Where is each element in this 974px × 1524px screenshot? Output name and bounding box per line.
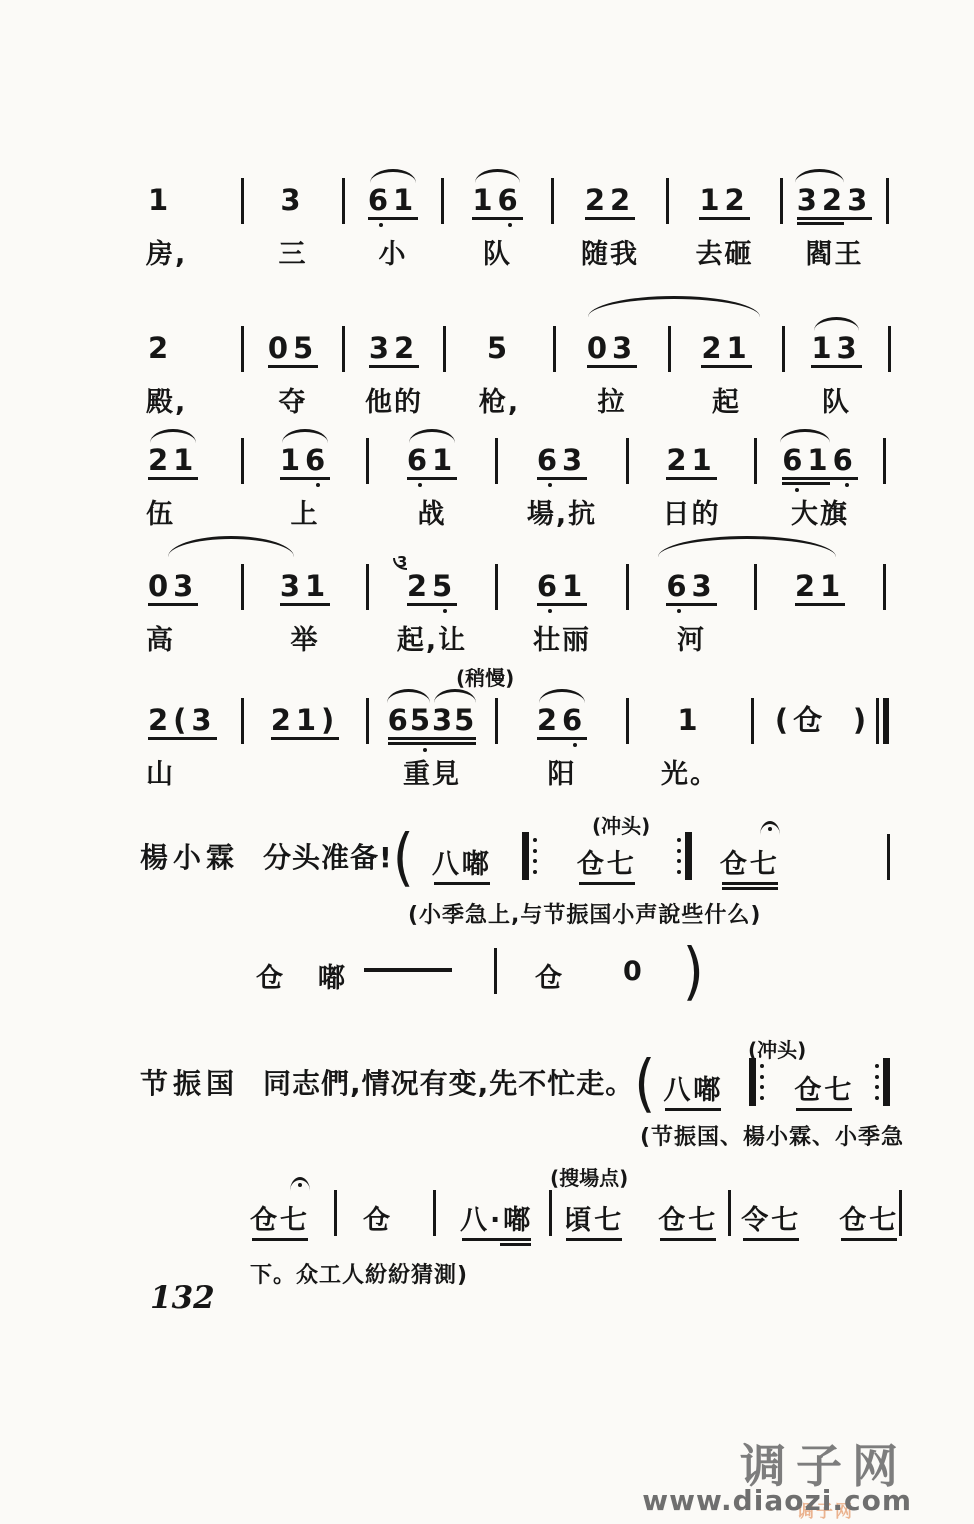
phrase-slur xyxy=(658,536,836,557)
lyric: 拉 xyxy=(598,380,627,419)
extension-dash xyxy=(364,968,452,972)
stage-direction: (小季急上,与节振国小声說些什么) xyxy=(408,898,761,929)
lyric: 三 xyxy=(279,232,308,271)
notes: 5 xyxy=(487,332,512,364)
note-group: 61 xyxy=(535,570,589,602)
percussion-group: 八嘟 xyxy=(432,842,492,881)
notes: 616 xyxy=(782,444,858,476)
note-group: 616 xyxy=(780,444,860,476)
lyric: 大旗 xyxy=(791,492,849,531)
lyric: 随我 xyxy=(581,232,639,271)
notes: 21) xyxy=(271,704,340,736)
measure: 616 大旗 xyxy=(757,444,883,531)
measure: 16 上 xyxy=(244,444,366,531)
measure: 61 小 xyxy=(345,184,441,271)
lyric: 日的 xyxy=(663,492,721,531)
notes: 26 xyxy=(537,704,587,736)
slur-arc xyxy=(387,689,430,703)
notes: 16 xyxy=(472,184,522,216)
measure: 12 去砸 xyxy=(669,184,780,271)
lyric: 場,抗 xyxy=(527,492,597,531)
measure: 21 伍 xyxy=(140,444,241,531)
note-group: 16 xyxy=(278,444,332,476)
underline-2 xyxy=(388,742,477,745)
measure: 61 壮丽 xyxy=(498,570,626,657)
notes: 323 xyxy=(797,184,873,216)
speaker-name: 节振国 xyxy=(140,1062,239,1102)
note-group: 21 xyxy=(664,444,718,476)
note-group: 03 xyxy=(146,570,200,602)
percussion-group: 仓七 xyxy=(720,842,780,881)
measure: 22 随我 xyxy=(554,184,666,271)
measure: (仓 xyxy=(754,704,848,736)
note-group: 21) xyxy=(269,704,342,736)
measure: 325 起,让 xyxy=(369,570,495,657)
percussion-group: 仓七 xyxy=(250,1198,310,1237)
note-group: 2 xyxy=(146,332,175,364)
barline xyxy=(888,326,891,372)
notes: 61 xyxy=(368,184,418,216)
percussion-group: 仓 xyxy=(363,1198,393,1237)
note-group: 03 xyxy=(585,332,639,364)
slur-arc xyxy=(780,429,829,443)
notes: 13 xyxy=(811,332,861,364)
close-paren: ) xyxy=(683,947,704,998)
lyric: 夺 xyxy=(279,380,308,419)
measure: 2 殿, xyxy=(140,332,241,419)
score-page: 1 房, 3 三 61 小 16 队 22 随我 12 去砸 323 xyxy=(0,0,974,1524)
phrase-slur xyxy=(588,296,760,317)
measure: 1 光。 xyxy=(629,704,751,791)
measure: 2(3 山 xyxy=(140,704,241,791)
barline xyxy=(728,1190,731,1236)
percussion-group: 令七 xyxy=(741,1198,801,1237)
lyric: 阳 xyxy=(548,752,577,791)
measure: 32 他的 xyxy=(345,332,443,419)
barline xyxy=(494,948,497,994)
lyric: 殿, xyxy=(146,380,187,419)
percussion-row-2: (搜場点) 下。众工人紛紛猜測) 仓七 仓 八·嘟 頃七 仓七 令七 仓七 xyxy=(250,1192,890,1237)
note-group: 16 xyxy=(470,184,524,216)
repeat-sign-open xyxy=(749,1058,764,1106)
lyric: 他的 xyxy=(365,380,423,419)
grace-hook xyxy=(393,558,407,570)
measure: 31 举 xyxy=(244,570,366,657)
lyric: 伍 xyxy=(146,492,175,531)
dialogue-text: 分头准备! xyxy=(263,836,393,876)
notes: 61 xyxy=(407,444,457,476)
lyric: 光。 xyxy=(661,752,719,791)
repeat-sign-close xyxy=(875,1058,890,1106)
notes: 31 xyxy=(280,570,330,602)
barline xyxy=(883,438,886,484)
percussion-group: 仓七 xyxy=(839,1198,899,1237)
note-group: 21 xyxy=(699,332,753,364)
lyric: 重見 xyxy=(403,752,461,791)
measure: 16 队 xyxy=(444,184,551,271)
tempo-label: (稍慢) xyxy=(456,662,514,691)
stage-direction: 下。众工人紛紛猜測) xyxy=(250,1258,468,1289)
notes: 61 xyxy=(537,570,587,602)
notes: 63 xyxy=(537,444,587,476)
measure: 61 战 xyxy=(369,444,495,531)
underline-2 xyxy=(722,887,778,890)
note-group: 12 xyxy=(697,184,751,216)
lyric: 小 xyxy=(379,232,408,271)
measure: 05 夺 xyxy=(244,332,342,419)
measure: 3 三 xyxy=(244,184,342,271)
percussion-text: 八·嘟 xyxy=(460,1205,533,1236)
octave-dot xyxy=(443,609,447,613)
measure: 63 河 xyxy=(629,570,754,657)
notes: 32 xyxy=(369,332,419,364)
open-paren: ( xyxy=(634,1059,655,1110)
cue-label: (冲头) xyxy=(592,810,650,839)
notes: 21 xyxy=(795,570,845,602)
octave-dot xyxy=(316,483,320,487)
measure: 63 場,抗 xyxy=(498,444,626,531)
barline xyxy=(549,1190,552,1236)
measure: 21 日的 xyxy=(629,444,754,531)
lyric: 起 xyxy=(712,380,741,419)
octave-dot xyxy=(418,483,422,487)
lyric: 房, xyxy=(146,232,187,271)
measure: 21 xyxy=(757,570,883,618)
percussion-group: 頃七 xyxy=(564,1198,624,1237)
barline xyxy=(887,834,890,880)
barline xyxy=(886,178,889,224)
note-group: 5 xyxy=(485,332,514,364)
measure: 1 房, xyxy=(140,184,241,271)
barline xyxy=(433,1190,436,1236)
note-group: 31 xyxy=(278,570,332,602)
open-paren: ( xyxy=(393,833,414,884)
repeat-sign-close xyxy=(677,832,692,880)
lyric: 去砸 xyxy=(696,232,754,271)
percussion-group: 0 xyxy=(623,956,645,987)
cue-label: (冲头) xyxy=(748,1034,806,1063)
music-line-5: (稍慢) 2(3 山 21) 6535 重見 26 阳 1 光。 (仓 ) xyxy=(140,704,900,791)
notes: 21 xyxy=(701,332,751,364)
notes: 25 xyxy=(407,570,457,602)
note-group: 323 xyxy=(795,184,875,216)
octave-dot xyxy=(845,483,849,487)
note-group: 1 xyxy=(675,704,704,736)
measure: 323 閻王 xyxy=(783,184,886,271)
repeat-sign-open xyxy=(522,832,537,880)
note-group: 61 xyxy=(405,444,459,476)
percussion-group: 八·嘟 xyxy=(460,1198,533,1237)
dialogue-text: 同志們,情况有变,先不忙走。 xyxy=(263,1062,634,1102)
cue-label: (搜場点) xyxy=(550,1162,628,1191)
note-group: 325 xyxy=(405,570,459,602)
lyric: 山 xyxy=(146,752,175,791)
measure: 03 高 xyxy=(140,570,241,657)
notes: 03 xyxy=(148,570,198,602)
notes: 63 xyxy=(666,570,716,602)
notes: 3 xyxy=(280,184,305,216)
lyric: 枪, xyxy=(479,380,520,419)
measure: 21) xyxy=(244,704,366,752)
dialogue-row-2: (冲头) (节振国、楊小霖、小季急 节振国 同志們,情况有变,先不忙走。 ( 八… xyxy=(140,1062,890,1107)
notes: ) xyxy=(853,704,871,736)
lyric: 閻王 xyxy=(806,232,864,271)
percussion-group: 八嘟 xyxy=(663,1068,723,1107)
note-group: 32 xyxy=(367,332,421,364)
measure: 5 枪, xyxy=(446,332,553,419)
underline-2 xyxy=(782,482,830,485)
notes: 2(3 xyxy=(148,704,217,736)
lyric: 高 xyxy=(146,618,175,657)
speaker-name: 楊小霖 xyxy=(140,836,239,876)
percussion-text: 仓七 xyxy=(720,849,780,880)
octave-dot xyxy=(423,748,427,752)
notes: 22 xyxy=(585,184,635,216)
octave-dot xyxy=(548,483,552,487)
note-group: 6535 xyxy=(386,704,479,736)
note-group: 13 xyxy=(809,332,863,364)
note-group: 22 xyxy=(583,184,637,216)
note-group: 61 xyxy=(366,184,420,216)
lyric: 起,让 xyxy=(397,618,467,657)
barline xyxy=(899,1190,902,1236)
notes: 6535 xyxy=(388,704,477,736)
note-group: 21 xyxy=(793,570,847,602)
lyric: 队 xyxy=(483,232,512,271)
note-group: (仓 xyxy=(773,704,829,736)
measure: 21 起 xyxy=(671,332,782,419)
percussion-group: 仓 xyxy=(535,956,565,995)
measure: 03 拉 xyxy=(556,332,668,419)
notes: 16 xyxy=(280,444,330,476)
lyric: 队 xyxy=(822,380,851,419)
note-group: 2(3 xyxy=(146,704,219,736)
page-number: 132 xyxy=(150,1280,215,1316)
notes: 21 xyxy=(148,444,198,476)
music-line-1: 1 房, 3 三 61 小 16 队 22 随我 12 去砸 323 xyxy=(140,184,900,271)
underline-2 xyxy=(500,1243,531,1246)
percussion-group: 仓七 xyxy=(658,1198,718,1237)
final-barline xyxy=(876,698,889,744)
lyric: 壮丽 xyxy=(533,618,591,657)
fermata-icon xyxy=(290,1177,310,1191)
lyric: 河 xyxy=(677,618,706,657)
note-group: 26 xyxy=(535,704,589,736)
barline xyxy=(883,564,886,610)
notes: 1 xyxy=(677,704,702,736)
fermata-icon xyxy=(760,821,780,835)
note-group: 1 xyxy=(146,184,175,216)
octave-dot xyxy=(508,223,512,227)
lyric: 战 xyxy=(418,492,447,531)
notes: 1 xyxy=(148,184,173,216)
notes: 2 xyxy=(148,332,173,364)
measure: ) xyxy=(848,704,876,736)
octave-dot xyxy=(573,743,577,747)
notes: 21 xyxy=(666,444,716,476)
percussion-group: 仓七 xyxy=(794,1068,854,1107)
watermark-url: www.diaozi.com xyxy=(642,1484,912,1517)
note-group: ) xyxy=(851,704,873,736)
slur-arc xyxy=(795,169,844,183)
notes: 05 xyxy=(268,332,318,364)
music-line-3: 21 伍 16 上 61 战 63 場,抗 21 日的 616 大旗 xyxy=(140,444,900,531)
octave-dot xyxy=(379,223,383,227)
note-group: 05 xyxy=(266,332,320,364)
underline-2 xyxy=(797,222,845,225)
barline xyxy=(334,1190,337,1236)
percussion-text: 仓七 xyxy=(250,1205,310,1236)
octave-dot xyxy=(795,488,799,492)
measure: 26 阳 xyxy=(498,704,626,791)
note-group: 21 xyxy=(146,444,200,476)
notes: 12 xyxy=(699,184,749,216)
slur-arc xyxy=(434,689,477,703)
note-group: 3 xyxy=(278,184,307,216)
percussion-group: 嘟 xyxy=(318,956,348,995)
percussion-row-1: 仓 嘟 仓 0 ) xyxy=(256,950,704,995)
music-line-4: 03 高 31 举 325 起,让 61 壮丽 63 河 21 xyxy=(140,570,900,657)
lyric: 举 xyxy=(291,618,320,657)
measure: 13 队 xyxy=(785,332,888,419)
octave-dot xyxy=(548,609,552,613)
note-group: 63 xyxy=(664,570,718,602)
lyric: 上 xyxy=(291,492,320,531)
stage-direction: (节振国、楊小霖、小季急 xyxy=(640,1120,904,1151)
notes: 03 xyxy=(587,332,637,364)
measure: 6535 重見 xyxy=(369,704,495,791)
octave-dot xyxy=(677,609,681,613)
music-line-2: 2 殿, 05 夺 32 他的 5 枪, 03 拉 21 起 13 xyxy=(140,332,900,419)
percussion-group: 仓七 xyxy=(577,842,637,881)
note-group: 63 xyxy=(535,444,589,476)
percussion-group: 仓 xyxy=(256,956,286,995)
notes: (仓 xyxy=(775,704,827,736)
phrase-slur xyxy=(168,536,294,557)
dialogue-row-1: (冲头) (小季急上,与节振国小声說些什么) 楊小霖 分头准备! ( 八嘟 仓七… xyxy=(140,836,890,881)
